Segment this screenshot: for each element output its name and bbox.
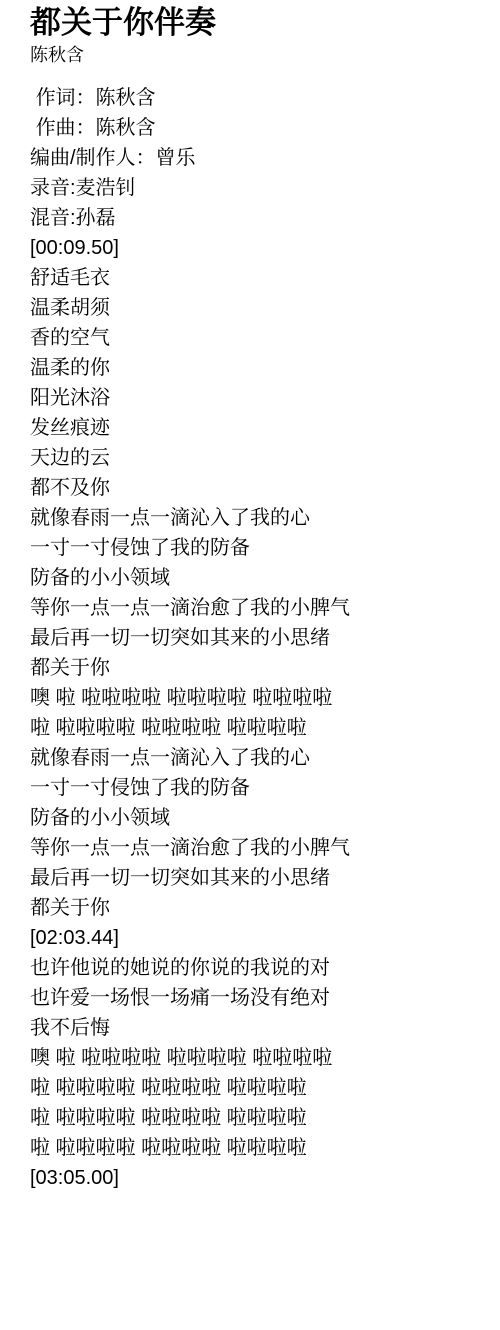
lyrics-container: 作词：陈秋含 作曲：陈秋含编曲/制作人：曾乐录音:麦浩钊混音:孙磊[00:09.… xyxy=(30,83,480,1193)
lyric-line: 都关于你 xyxy=(30,893,480,923)
lyric-line: 等你一点一点一滴治愈了我的小脾气 xyxy=(30,833,480,863)
lyric-line: 就像春雨一点一滴沁入了我的心 xyxy=(30,503,480,533)
lyric-line: 啦 啦啦啦啦 啦啦啦啦 啦啦啦啦 xyxy=(30,1133,480,1163)
lyric-line: 就像春雨一点一滴沁入了我的心 xyxy=(30,743,480,773)
lyric-line: 啦 啦啦啦啦 啦啦啦啦 啦啦啦啦 xyxy=(30,1103,480,1133)
lyric-line: 发丝痕迹 xyxy=(30,413,480,443)
lyric-line: 也许他说的她说的你说的我说的对 xyxy=(30,953,480,983)
artist-name: 陈秋含 xyxy=(30,44,480,66)
page-title: 都关于你伴奏 xyxy=(30,4,480,42)
lyric-line: 噢 啦 啦啦啦啦 啦啦啦啦 啦啦啦啦 xyxy=(30,683,480,713)
lyric-line: 作词：陈秋含 xyxy=(30,83,480,113)
lyric-line: 温柔胡须 xyxy=(30,293,480,323)
lyric-line: 防备的小小领域 xyxy=(30,803,480,833)
lyric-line: 一寸一寸侵蚀了我的防备 xyxy=(30,773,480,803)
lyric-line: 最后再一切一切突如其来的小思绪 xyxy=(30,863,480,893)
lyric-line: 最后再一切一切突如其来的小思绪 xyxy=(30,623,480,653)
lyrics-page: 都关于你伴奏 陈秋含 作词：陈秋含 作曲：陈秋含编曲/制作人：曾乐录音:麦浩钊混… xyxy=(0,0,500,1330)
lyric-line: 混音:孙磊 xyxy=(30,203,480,233)
lyric-line: [02:03.44] xyxy=(30,923,480,953)
lyric-line: 我不后悔 xyxy=(30,1013,480,1043)
lyric-line: 等你一点一点一滴治愈了我的小脾气 xyxy=(30,593,480,623)
lyric-line: 啦 啦啦啦啦 啦啦啦啦 啦啦啦啦 xyxy=(30,713,480,743)
lyric-line: 噢 啦 啦啦啦啦 啦啦啦啦 啦啦啦啦 xyxy=(30,1043,480,1073)
lyric-line: 都不及你 xyxy=(30,473,480,503)
lyric-line: [03:05.00] xyxy=(30,1163,480,1193)
lyric-line: 温柔的你 xyxy=(30,353,480,383)
lyric-line: 天边的云 xyxy=(30,443,480,473)
lyric-line: 作曲：陈秋含 xyxy=(30,113,480,143)
lyric-line: 舒适毛衣 xyxy=(30,263,480,293)
lyric-line: 编曲/制作人：曾乐 xyxy=(30,143,480,173)
lyric-line: 录音:麦浩钊 xyxy=(30,173,480,203)
lyric-line: 香的空气 xyxy=(30,323,480,353)
lyric-line: 也许爱一场恨一场痛一场没有绝对 xyxy=(30,983,480,1013)
lyric-line: 啦 啦啦啦啦 啦啦啦啦 啦啦啦啦 xyxy=(30,1073,480,1103)
lyric-line: 一寸一寸侵蚀了我的防备 xyxy=(30,533,480,563)
lyric-line: 防备的小小领域 xyxy=(30,563,480,593)
lyric-line: 阳光沐浴 xyxy=(30,383,480,413)
lyric-line: [00:09.50] xyxy=(30,233,480,263)
lyric-line: 都关于你 xyxy=(30,653,480,683)
